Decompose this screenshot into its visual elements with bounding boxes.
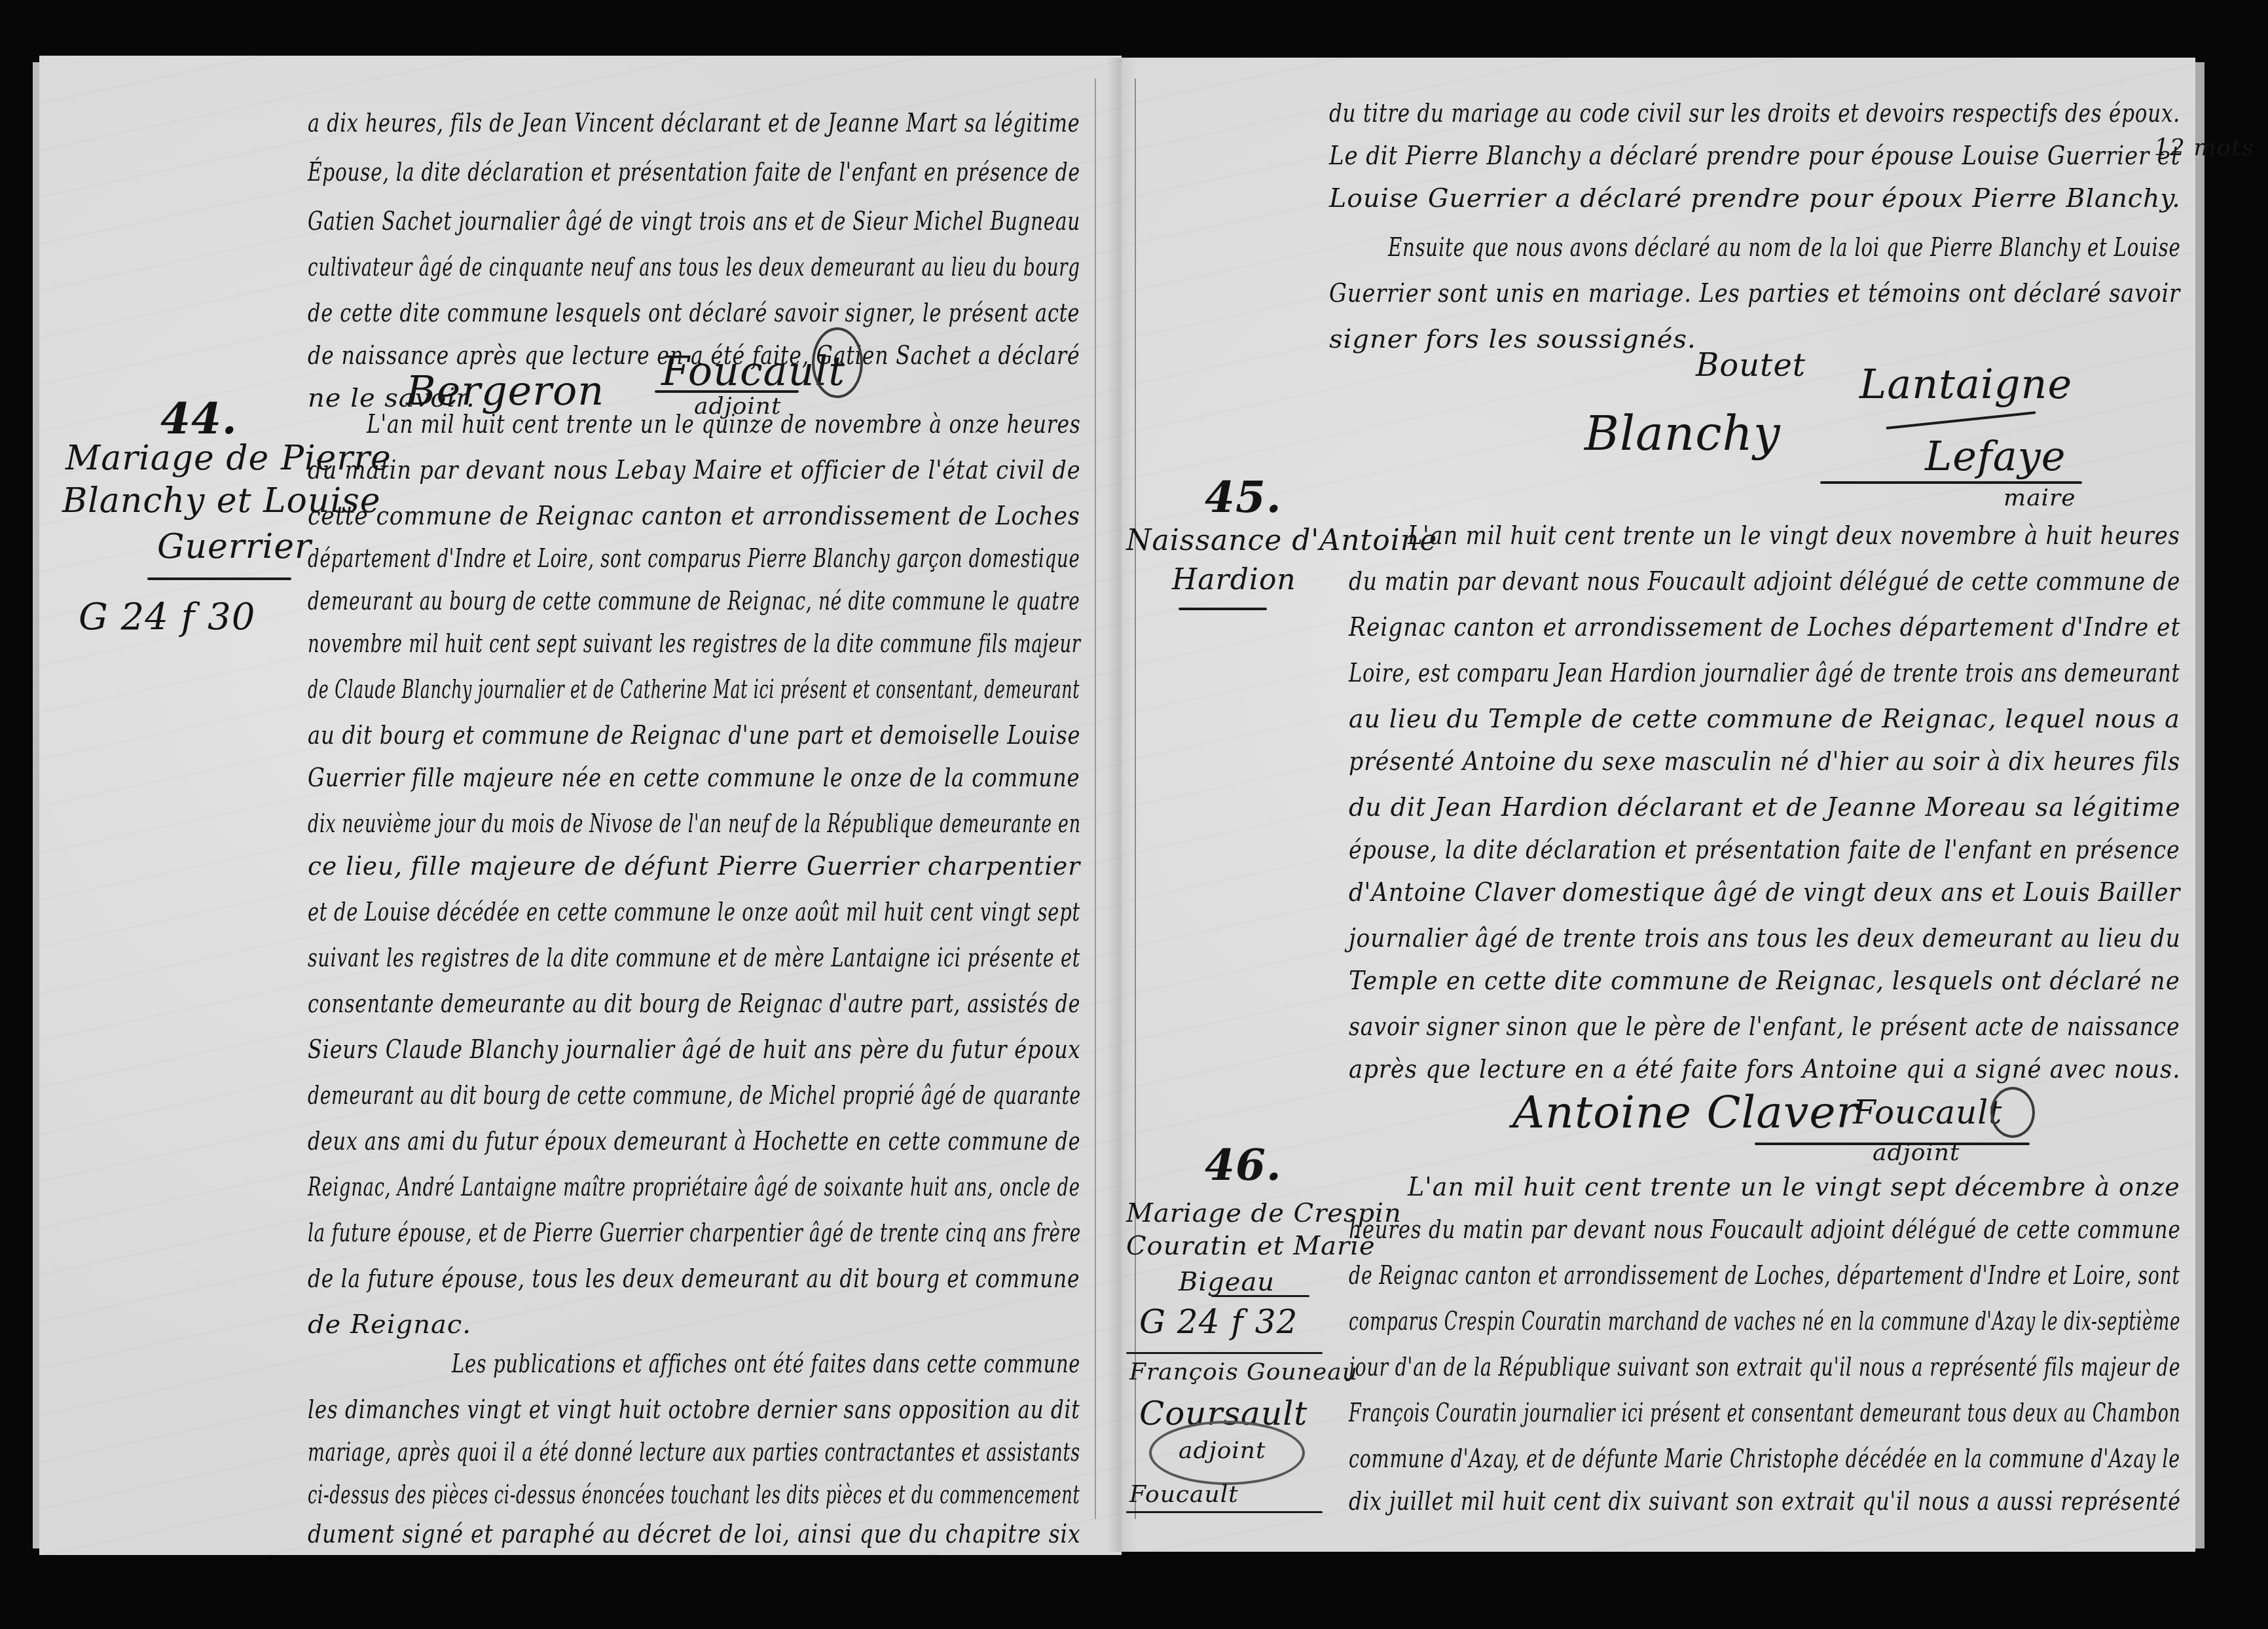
text-line: jour d'an de la République suivant son e… xyxy=(1349,1352,2180,1382)
text-line: et de Louise décédée en cette commune le… xyxy=(308,897,1080,927)
text-line: L'an mil huit cent trente un le vingt de… xyxy=(1408,521,2180,551)
text-line: de Claude Blanchy journalier et de Cathe… xyxy=(308,674,1080,705)
act-number-46: 46. xyxy=(1205,1139,1282,1190)
act-46-margin-title-line: Couratin et Marie xyxy=(1126,1231,1376,1261)
act-number-45: 45. xyxy=(1205,471,1282,522)
act-46-title-underline xyxy=(1211,1295,1309,1297)
text-line: du dit Jean Hardion déclarant et de Jean… xyxy=(1349,792,2181,822)
text-line: Temple en cette dite commune de Reignac,… xyxy=(1349,966,2180,996)
text-line: suivant les registres de la dite commune… xyxy=(308,943,1080,973)
text-line: du matin par devant nous Foucault adjoin… xyxy=(1349,566,2180,596)
text-line: Sieurs Claude Blanchy journalier âgé de … xyxy=(308,1034,1080,1065)
text-line: de Reignac canton et arrondissement de L… xyxy=(1349,1260,2180,1290)
text-line: a dix heures, fils de Jean Vincent décla… xyxy=(308,108,1080,138)
text-line: Louise Guerrier a déclaré prendre pour é… xyxy=(1329,183,2181,213)
text-line: consentante demeurante au dit bourg de R… xyxy=(308,989,1080,1019)
text-line: dument signé et paraphé au décret de loi… xyxy=(308,1519,1080,1549)
margin-signature-foucault: Foucault xyxy=(1129,1481,1239,1508)
margin-signature-francois-gouneau: François Gouneau xyxy=(1129,1359,1358,1385)
text-line: Épouse, la dite déclaration et présentat… xyxy=(308,157,1080,187)
text-line: la future épouse, et de Pierre Guerrier … xyxy=(308,1218,1081,1248)
left-page-margin-rule xyxy=(1095,79,1096,1519)
signature-underline xyxy=(1820,481,2082,484)
act-44-margin-title-line: Guerrier xyxy=(157,527,312,566)
text-line: au lieu du Temple de cette commune de Re… xyxy=(1349,704,2180,734)
text-line: Ensuite que nous avons déclaré au nom de… xyxy=(1388,232,2180,263)
right-page-stack-edge xyxy=(2195,62,2204,1548)
text-line: Guerrier fille majeure née en cette comm… xyxy=(308,763,1080,793)
text-line: Guerrier sont unis en mariage. Les parti… xyxy=(1329,278,2180,308)
text-line: commune d'Azay, et de défunte Marie Chri… xyxy=(1349,1444,2180,1474)
text-line: L'an mil huit cent trente un le vingt se… xyxy=(1408,1172,2180,1202)
text-line: département d'Indre et Loire, sont compa… xyxy=(308,543,1080,574)
text-line: demeurant au dit bourg de cette commune,… xyxy=(308,1080,1081,1110)
margin-signature-underline xyxy=(1126,1511,1323,1513)
text-line: deux ans ami du futur époux demeurant à … xyxy=(308,1126,1080,1156)
signature-antoine-claver: Antoine Claver xyxy=(1512,1087,1858,1139)
text-line: les dimanches vingt et vingt huit octobr… xyxy=(308,1395,1080,1425)
text-line: d'Antoine Claver domestique âgé de vingt… xyxy=(1349,877,2180,907)
signature-bergeron: Bergeron xyxy=(406,367,604,414)
act-46-margin-title-line: Bigeau xyxy=(1179,1267,1275,1297)
text-line: signer fors les soussignés. xyxy=(1329,324,1696,354)
text-line: de la future épouse, tous les deux demeu… xyxy=(308,1264,1080,1294)
text-line: épouse, la dite déclaration et présentat… xyxy=(1349,835,2180,865)
text-line: cette commune de Reignac canton et arron… xyxy=(308,501,1080,531)
act-44-register-reference: G 24 f 30 xyxy=(79,596,255,638)
paraph-flourish xyxy=(812,327,863,398)
signature-title-maire: maire xyxy=(2003,485,2076,511)
text-line: comparus Crespin Couratin marchand de va… xyxy=(1349,1306,2180,1336)
act-44-title-underline xyxy=(147,577,291,580)
text-line: Reignac canton et arrondissement de Loch… xyxy=(1349,612,2180,642)
act-number-44: 44. xyxy=(160,393,238,444)
book-gutter xyxy=(1107,58,1137,1552)
text-line: présenté Antoine du sexe masculin né d'h… xyxy=(1349,746,2180,777)
text-line: L'an mil huit cent trente un le quinze d… xyxy=(367,409,1081,439)
text-line: de cette dite commune lesquels ont décla… xyxy=(308,298,1080,328)
signature-foucault: Foucault xyxy=(1853,1093,2002,1131)
text-line: ci-dessus des pièces ci-dessus énoncées … xyxy=(308,1480,1080,1510)
text-line: mariage, après quoi il a été donné lectu… xyxy=(308,1437,1080,1467)
text-line: dix neuvième jour du mois de Nivose de l… xyxy=(308,809,1081,839)
text-line: François Couratin journalier ici présent… xyxy=(1349,1398,2180,1428)
signature-blanchy: Blanchy xyxy=(1584,406,1781,461)
text-line: dix juillet mil huit cent dix suivant so… xyxy=(1349,1486,2181,1516)
paraph-flourish xyxy=(1990,1087,2035,1138)
signature-underline xyxy=(655,390,799,393)
right-page-margin-rule xyxy=(1135,79,1136,1519)
text-line: demeurant au bourg de cette commune de R… xyxy=(308,586,1080,616)
margin-signature-adjoint: adjoint xyxy=(1179,1437,1266,1464)
signature-boutet: Boutet xyxy=(1696,347,1806,384)
act-45-title-underline xyxy=(1179,608,1267,610)
text-line: cultivateur âgé de cinquante neuf ans to… xyxy=(308,252,1080,282)
text-line: Reignac, André Lantaigne maître propriét… xyxy=(308,1172,1080,1202)
margin-divider xyxy=(1126,1352,1323,1354)
text-line: au dit bourg et commune de Reignac d'une… xyxy=(308,720,1080,750)
text-line: du titre du mariage au code civil sur le… xyxy=(1329,98,2180,128)
signature-lefaye: Lefaye xyxy=(1925,432,2066,480)
text-line: ce lieu, fille majeure de défunt Pierre … xyxy=(308,851,1080,881)
text-line: savoir signer sinon que le père de l'enf… xyxy=(1349,1012,2180,1042)
text-line: novembre mil huit cent sept suivant les … xyxy=(308,629,1081,659)
text-line: Gatien Sachet journalier âgé de vingt tr… xyxy=(308,206,1080,236)
margin-note-words-count: 12 mots xyxy=(2154,134,2254,161)
signature-lantaigne: Lantaigne xyxy=(1859,360,2072,408)
text-line: du matin par devant nous Lebay Maire et … xyxy=(308,455,1080,485)
act-45-margin-title-line: Hardion xyxy=(1172,563,1296,596)
text-line: journalier âgé de trente trois ans tous … xyxy=(1349,923,2181,953)
signature-title-adjoint: adjoint xyxy=(1873,1139,1960,1166)
text-line: heures du matin par devant nous Foucault… xyxy=(1349,1215,2180,1245)
text-line: Loire, est comparu Jean Hardion journali… xyxy=(1349,658,2180,688)
text-line: de Reignac. xyxy=(308,1309,471,1340)
act-46-register-reference: G 24 f 32 xyxy=(1139,1303,1298,1341)
text-line: après que lecture en a été faite fors An… xyxy=(1349,1054,2180,1084)
text-line: Le dit Pierre Blanchy a déclaré prendre … xyxy=(1329,141,2180,171)
act-45-margin-title-line: Naissance d'Antoine xyxy=(1126,524,1437,557)
text-line: Les publications et affiches ont été fai… xyxy=(452,1349,1080,1379)
